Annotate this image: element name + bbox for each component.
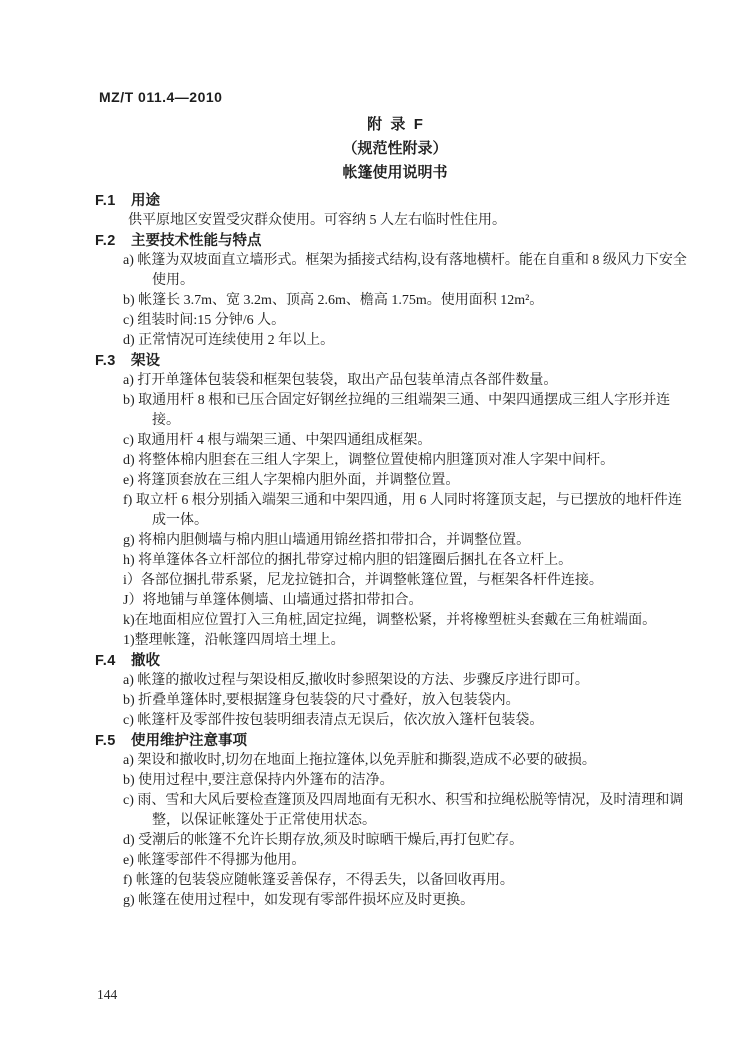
- section-heading: F.1用途: [95, 191, 695, 211]
- list-item: i）各部位捆扎带系紧，尼龙拉链扣合，并调整帐篷位置，与框架各杆件连接。: [95, 571, 695, 591]
- section-f4: F.4撤收 a) 帐篷的撤收过程与架设相反,撤收时参照架设的方法、步骤反序进行即…: [95, 651, 695, 731]
- section-heading: F.4撤收: [95, 651, 695, 671]
- paragraph: 供平原地区安置受灾群众使用。可容纳 5 人左右临时性住用。: [95, 211, 695, 231]
- section-number: F.2: [95, 231, 131, 251]
- list-item: b) 取通用杆 8 根和已压合固定好钢丝拉绳的三组端架三通、中架四通摆成三组人字…: [95, 391, 695, 431]
- page-number: 144: [97, 985, 117, 1005]
- appendix-subtitle-name: 帐篷使用说明书: [95, 161, 695, 185]
- list-item: c) 雨、雪和大风后要检查篷顶及四周地面有无积水、积雪和拉绳松脱等情况，及时清理…: [95, 791, 695, 831]
- section-heading: F.2主要技术性能与特点: [95, 231, 695, 251]
- section-number: F.5: [95, 731, 131, 751]
- page-content: MZ/T 011.4—2010 附 录 F （规范性附录） 帐篷使用说明书 F.…: [95, 87, 695, 911]
- list-item: b) 折叠单篷体时,要根据篷身包装袋的尺寸叠好，放入包装袋内。: [95, 691, 695, 711]
- list-item: d) 正常情况可连续使用 2 年以上。: [95, 331, 695, 351]
- section-title: 主要技术性能与特点: [131, 233, 262, 249]
- list-item: d) 受潮后的帐篷不允许长期存放,须及时晾晒干燥后,再打包贮存。: [95, 831, 695, 851]
- list-item: e) 帐篷零部件不得挪为他用。: [95, 851, 695, 871]
- section-number: F.4: [95, 651, 131, 671]
- section-f3: F.3架设 a) 打开单篷体包装袋和框架包装袋，取出产品包装单清点各部件数量。 …: [95, 351, 695, 651]
- appendix-subtitle-normative: （规范性附录）: [95, 137, 695, 161]
- list-item: a) 架设和撤收时,切勿在地面上拖拉篷体,以免弄脏和撕裂,造成不必要的破损。: [95, 751, 695, 771]
- section-f2: F.2主要技术性能与特点 a) 帐篷为双坡面直立墙形式。框架为插接式结构,设有落…: [95, 231, 695, 351]
- list-item: a) 帐篷为双坡面直立墙形式。框架为插接式结构,设有落地横杆。能在自重和 8 级…: [95, 251, 695, 291]
- section-f1: F.1用途 供平原地区安置受灾群众使用。可容纳 5 人左右临时性住用。: [95, 191, 695, 231]
- document-page: MZ/T 011.4—2010 附 录 F （规范性附录） 帐篷使用说明书 F.…: [0, 0, 750, 1061]
- list-item: c) 帐篷杆及零部件按包装明细表清点无误后，依次放入篷杆包装袋。: [95, 711, 695, 731]
- section-title: 用途: [131, 193, 160, 209]
- section-title: 使用维护注意事项: [131, 733, 247, 749]
- list-item: g) 帐篷在使用过程中，如发现有零部件损坏应及时更换。: [95, 891, 695, 911]
- list-item: k)在地面相应位置打入三角桩,固定拉绳，调整松紧，并将橡塑桩头套戴在三角桩端面。: [95, 611, 695, 631]
- list-item: d) 将整体棉内胆套在三组人字架上，调整位置使棉内胆篷顶对准人字架中间杆。: [95, 451, 695, 471]
- list-item: a) 打开单篷体包装袋和框架包装袋，取出产品包装单清点各部件数量。: [95, 371, 695, 391]
- section-title: 撤收: [131, 653, 160, 669]
- section-number: F.1: [95, 191, 131, 211]
- list-item: a) 帐篷的撤收过程与架设相反,撤收时参照架设的方法、步骤反序进行即可。: [95, 671, 695, 691]
- standard-number-header: MZ/T 011.4—2010: [99, 87, 695, 107]
- list-item: g) 将棉内胆侧墙与棉内胆山墙通用锦丝搭扣带扣合，并调整位置。: [95, 531, 695, 551]
- list-item: c) 取通用杆 4 根与端架三通、中架四通组成框架。: [95, 431, 695, 451]
- section-number: F.3: [95, 351, 131, 371]
- list-item: f) 取立杆 6 根分别插入端架三通和中架四通，用 6 人同时将篷顶支起，与已摆…: [95, 491, 695, 531]
- section-heading: F.5使用维护注意事项: [95, 731, 695, 751]
- list-item: c) 组装时间:15 分钟/6 人。: [95, 311, 695, 331]
- list-item: 1)整理帐篷，沿帐篷四周培土埋上。: [95, 631, 695, 651]
- list-item: h) 将单篷体各立杆部位的捆扎带穿过棉内胆的铝篷圈后捆扎在各立杆上。: [95, 551, 695, 571]
- appendix-title: 附 录 F: [95, 113, 695, 137]
- section-title: 架设: [131, 353, 160, 369]
- appendix-title-block: 附 录 F （规范性附录） 帐篷使用说明书: [95, 113, 695, 185]
- list-item: f) 帐篷的包装袋应随帐篷妥善保存，不得丢失，以备回收再用。: [95, 871, 695, 891]
- section-f5: F.5使用维护注意事项 a) 架设和撤收时,切勿在地面上拖拉篷体,以免弄脏和撕裂…: [95, 731, 695, 911]
- list-item: b) 使用过程中,要注意保持内外篷布的洁净。: [95, 771, 695, 791]
- list-item: b) 帐篷长 3.7m、宽 3.2m、顶高 2.6m、檐高 1.75m。使用面积…: [95, 291, 695, 311]
- list-item: e) 将篷顶套放在三组人字架棉内胆外面，并调整位置。: [95, 471, 695, 491]
- list-item: J）将地铺与单篷体侧墙、山墙通过搭扣带扣合。: [95, 591, 695, 611]
- section-heading: F.3架设: [95, 351, 695, 371]
